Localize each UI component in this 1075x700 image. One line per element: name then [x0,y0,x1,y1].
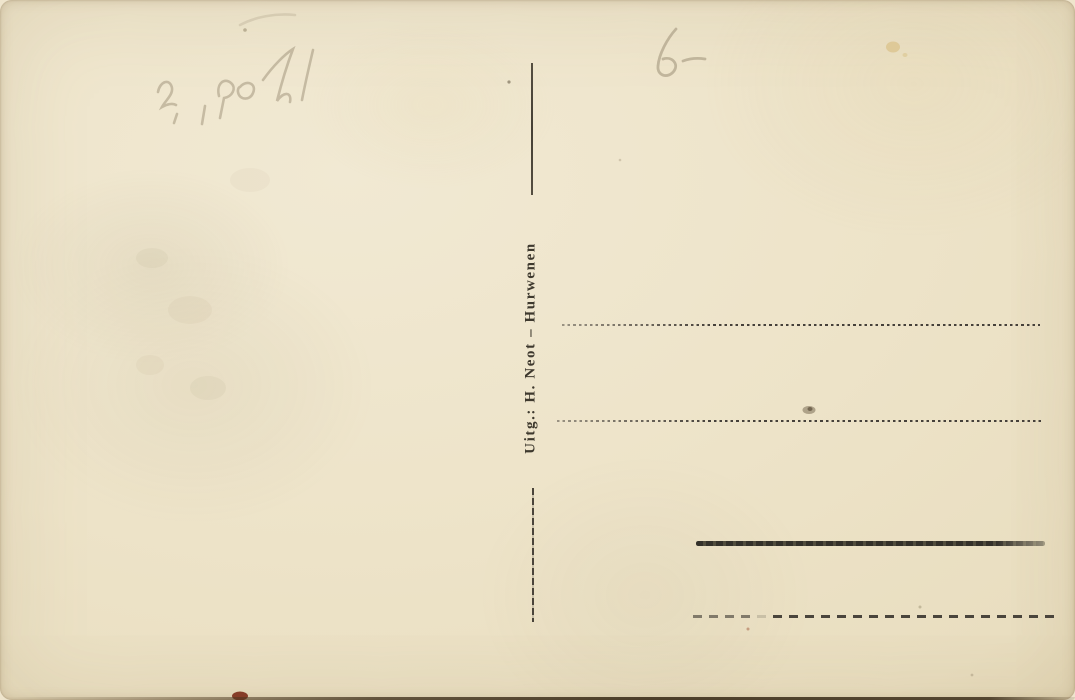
paper-specks [243,28,973,676]
address-line-2 [557,420,1043,422]
pencil-note-top-left [158,14,313,124]
divider-top-rule [531,63,533,195]
postcard-back: Uitg.: H. Neot – Hurwenen [0,0,1075,700]
divider-bottom-rule [532,488,534,622]
paper-smudges [136,168,270,400]
publisher-imprint: Uitg.: H. Neot – Hurwenen [523,242,540,454]
stain-yellow [886,42,908,58]
address-line-solid [696,541,1045,546]
postcard-scan: Uitg.: H. Neot – Hurwenen [0,0,1075,700]
address-line-dashed [693,615,1061,618]
address-line-1 [562,324,1040,326]
pencil-note-top-center [658,29,705,76]
stain-dark-smudge [803,406,816,414]
